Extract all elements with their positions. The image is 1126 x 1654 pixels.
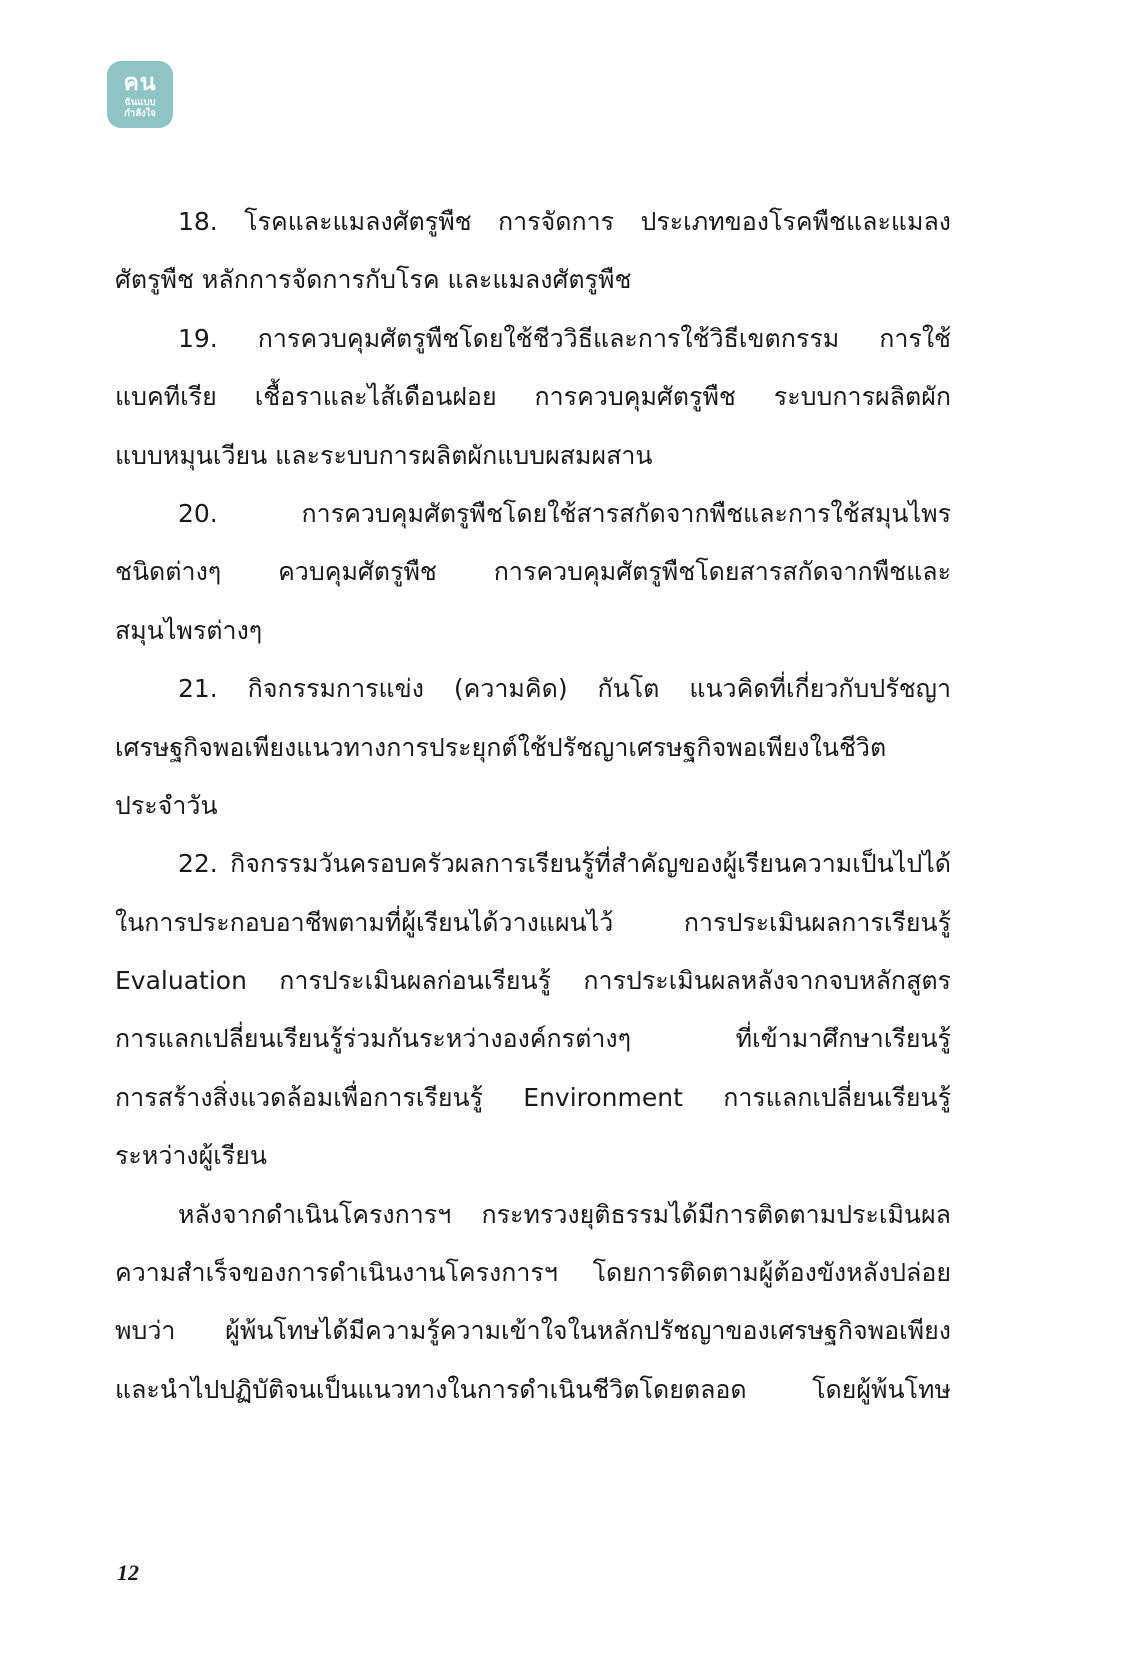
logo-subtitle-line-2: กำลังใจ [124,108,156,119]
text-line: แบบหมุนเวียน และระบบการผลิตผักแบบผสมผสาน [115,427,951,485]
text-line: เศรษฐกิจพอเพียงแนวทางการประยุกต์ใช้ปรัชญ… [115,719,951,777]
text-line: ประจำวัน [115,777,951,835]
text-line: แบคทีเรีย เชื้อราและไส้เดือนฝอย การควบคุ… [115,368,951,426]
text-line: สมุนไพรต่างๆ [115,602,951,660]
logo-subtitle-line-1: ฉันแบบ [124,97,155,108]
text-line: การแลกเปลี่ยนเรียนรู้ร่วมกันระหว่างองค์ก… [115,1010,951,1068]
text-line: พบว่า ผู้พ้นโทษได้มีความรู้ความเข้าใจในห… [115,1302,951,1360]
logo-title: คน [123,72,156,95]
text-line: ศัตรูพืช หลักการจัดการกับโรค และแมลงศัตร… [115,251,951,309]
text-line: และนำไปปฏิบัติจนเป็นแนวทางในการดำเนินชีว… [115,1361,951,1419]
text-line: Evaluation การประเมินผลก่อนเรียนรู้ การป… [115,952,951,1010]
text-line: 20. การควบคุมศัตรูพืชโดยใช้สารสกัดจากพืช… [115,485,951,543]
page-body-text: 18. โรคและแมลงศัตรูพืช การจัดการ ประเภทข… [115,193,951,1419]
text-line: การสร้างสิ่งแวดล้อมเพื่อการเรียนรู้ Envi… [115,1069,951,1127]
publication-logo: คน ฉันแบบ กำลังใจ [107,61,173,128]
text-line: 19. การควบคุมศัตรูพืชโดยใช้ชีววิธีและการ… [115,310,951,368]
text-line: ระหว่างผู้เรียน [115,1127,951,1185]
text-line: 22. กิจกรรมวันครอบครัวผลการเรียนรู้ที่สำ… [115,835,951,893]
text-line: 18. โรคและแมลงศัตรูพืช การจัดการ ประเภทข… [115,193,951,251]
text-line: หลังจากดำเนินโครงการฯ กระทรวงยุติธรรมได้… [115,1186,951,1244]
text-line: 21. กิจกรรมการแข่ง (ความคิด) กันโต แนวคิ… [115,660,951,718]
text-line: ความสำเร็จของการดำเนินงานโครงการฯ โดยการ… [115,1244,951,1302]
text-line: ชนิดต่างๆ ควบคุมศัตรูพืช การควบคุมศัตรูพ… [115,543,951,601]
text-line: ในการประกอบอาชีพตามที่ผู้เรียนได้วางแผนไ… [115,894,951,952]
page-number: 12 [117,1560,139,1586]
